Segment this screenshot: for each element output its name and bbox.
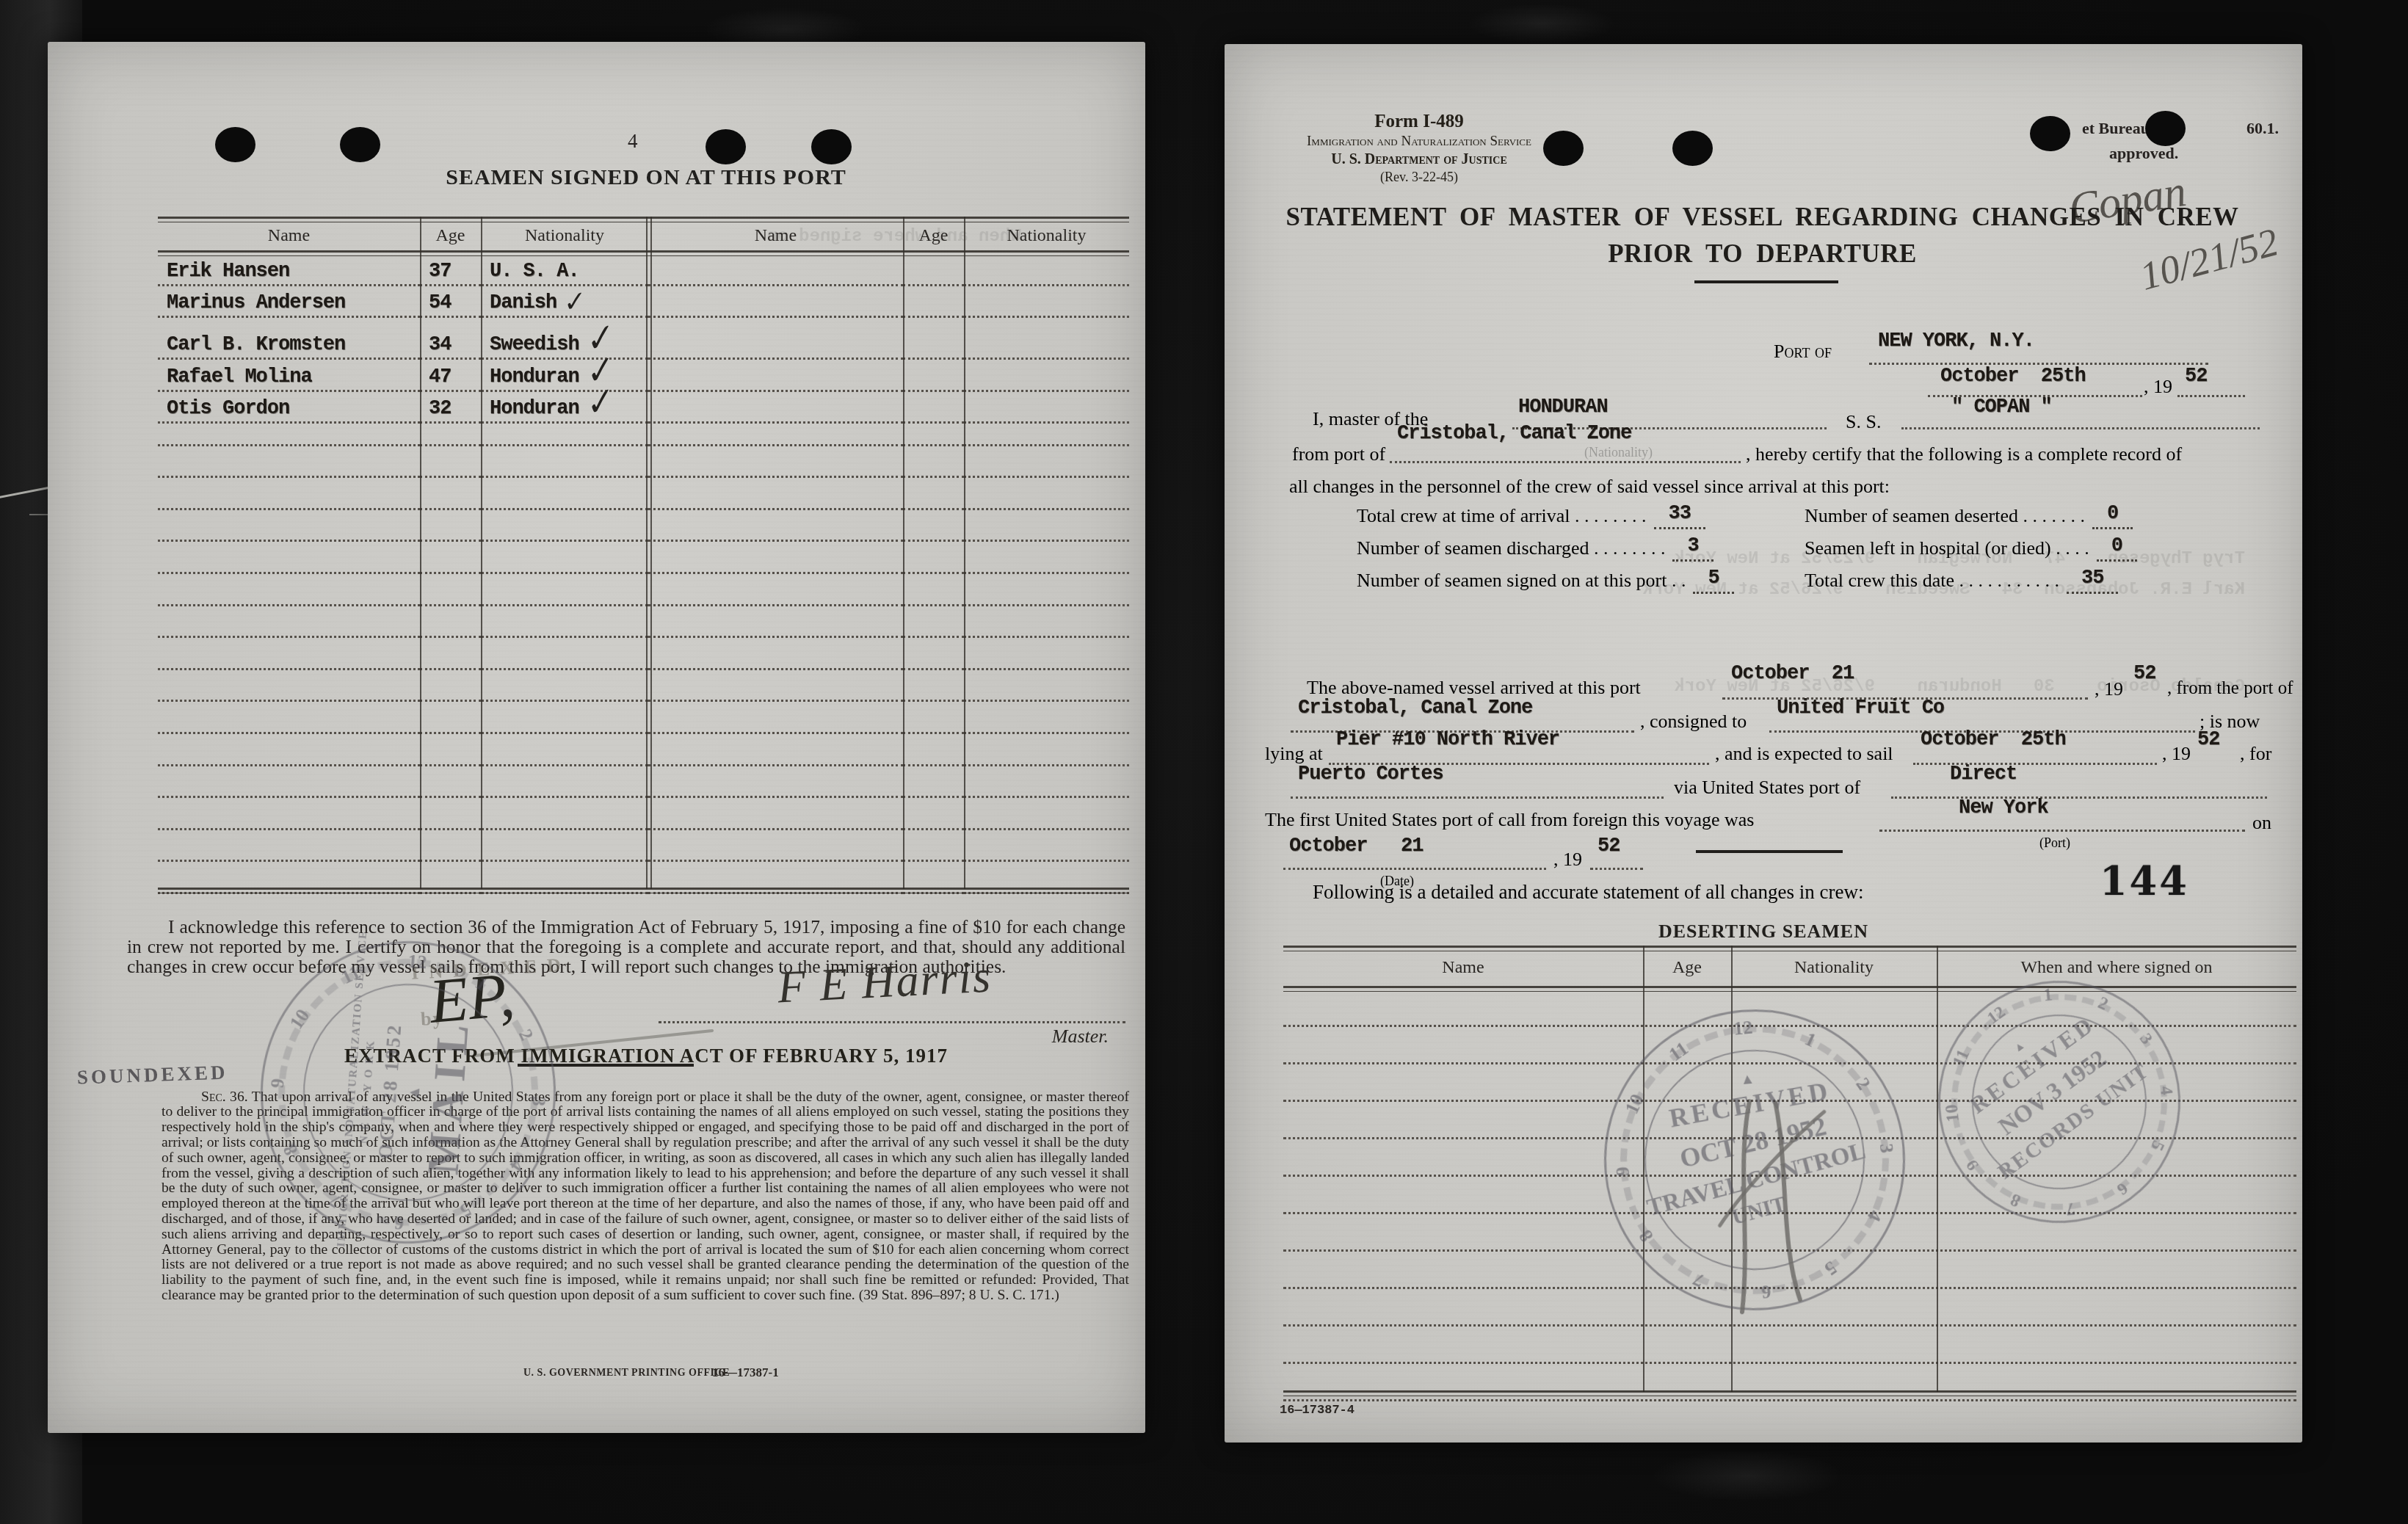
fill-line	[2177, 393, 2245, 397]
stamp-mail-word: MAIL	[421, 1015, 476, 1176]
form-agency: Immigration and Naturalization Service	[1280, 134, 1559, 150]
lying-at-label: lying at	[1265, 743, 1323, 765]
stamp-text: IMMIGRATION AND NATURALIZATION SERVICE N…	[247, 935, 569, 1250]
table-rule	[903, 217, 904, 889]
punch-hole	[215, 127, 255, 162]
stat-value: 5	[1693, 567, 1733, 594]
check-mark: ✓	[564, 285, 586, 319]
form-number: Form I-489	[1280, 112, 1559, 132]
seaman-nationality: Danish	[490, 292, 556, 314]
deserting-seamen-heading: DESERTING SEAMEN	[1225, 921, 2302, 943]
empty-table-row	[158, 638, 1129, 670]
empty-table-row	[1283, 1327, 2296, 1364]
empty-table-row	[158, 766, 1129, 799]
title-underline	[1694, 280, 1838, 283]
travel-control-received-stamp: 123456789101112 ▲ RECEIVED OCT 28 1952 T…	[1592, 997, 1918, 1323]
form-revision: (Rev. 3-22-45)	[1280, 170, 1559, 185]
consigned-to-label: , consigned to	[1640, 711, 1747, 733]
empty-table-row	[158, 478, 1129, 510]
page-number: 4	[628, 130, 638, 153]
fill-line	[1901, 426, 2260, 429]
expected-to-sail-label: , and is expected to sail	[1715, 743, 1893, 765]
form-title-line1: STATEMENT OF MASTER OF VESSEL REGARDING …	[1265, 203, 2260, 232]
table-rule	[481, 217, 482, 889]
stat-label: Seamen left in hospital (or died)	[1805, 537, 2051, 559]
empty-table-row	[158, 702, 1129, 734]
punch-hole	[811, 129, 852, 164]
empty-table-row	[158, 510, 1129, 543]
form-print-code: 16—17387-4	[1280, 1404, 1354, 1418]
scanned-document: 4 SEAMEN SIGNED ON AT THIS PORT Name Age…	[0, 0, 2408, 1524]
printing-office-footer: U. S. GOVERNMENT PRINTING OFFICE	[523, 1368, 730, 1379]
dot-leader: . . . . . . . . . . .	[1954, 570, 2059, 591]
nationality-ghost-label: (Nationality)	[1584, 445, 1653, 460]
column-header: Nationality	[1731, 958, 1937, 978]
stat-row: Total crew at time of arrival . . . . . …	[1357, 505, 2282, 533]
seamen-signed-on-table: Name Age Nationality Name Age Nationalit…	[158, 217, 1129, 890]
punch-hole	[1543, 131, 1584, 166]
form-department: U. S. Department of Justice	[1280, 151, 1559, 168]
stat-value: 0	[2097, 535, 2137, 562]
table-row: Marinus Andersen 54 Danish✓	[158, 286, 1129, 319]
stat-label: Number of seamen deserted	[1805, 505, 2018, 526]
arrival-from-port: Cristobal, Canal Zone	[1298, 697, 1532, 719]
via-value: Direct	[1950, 763, 2017, 785]
fill-line	[1869, 361, 2208, 365]
extract-section-lead: Sec. 36.	[201, 1089, 248, 1105]
table-rule	[650, 217, 652, 889]
column-header: Nationality	[481, 226, 648, 246]
table-row: Otis Gordon 32 Honduran✓	[158, 382, 1129, 414]
fill-line	[1590, 866, 1643, 870]
fill-line	[1891, 795, 2267, 799]
table-rule	[1283, 946, 2296, 951]
stat-row: Number of seamen discharged . . . . . . …	[1357, 537, 2282, 565]
table-rule	[420, 217, 421, 889]
right-page-master-statement: Form I-489 Immigration and Naturalizatio…	[1225, 44, 2302, 1443]
punch-hole	[2145, 111, 2186, 146]
scan-smudge	[1468, 4, 1615, 44]
empty-table-row	[158, 798, 1129, 830]
form-title-line2: PRIOR TO DEPARTURE	[1265, 239, 2260, 269]
seaman-age: 37	[429, 261, 451, 283]
table-row: Erik Hansen 37 U. S. A.	[158, 254, 1129, 286]
first-port-value: New York	[1959, 797, 2048, 819]
empty-table-row	[158, 606, 1129, 639]
form-identification-block: Form I-489 Immigration and Naturalizatio…	[1280, 112, 1559, 185]
table-rule	[964, 217, 965, 889]
first-port-year: 52	[1598, 835, 1620, 857]
arrived-label: The above-named vessel arrived at this p…	[1307, 677, 1641, 699]
arrival-date: October 21	[1731, 663, 1854, 685]
stat-label: Total crew at time of arrival	[1357, 505, 1570, 526]
stat-row: Number of seamen signed on at this port …	[1357, 570, 2282, 598]
soundexed-stamp: SOUNDEXED	[77, 1061, 228, 1089]
empty-table-row	[158, 830, 1129, 863]
ss-label: S. S.	[1846, 411, 1881, 433]
table-rule	[1283, 1390, 2296, 1396]
fill-line	[1283, 866, 1546, 870]
empty-table-row	[158, 542, 1129, 574]
mail-received-stamp: 123456789101112 IMMIGRATION AND NATURALI…	[250, 931, 566, 1253]
signature-line	[659, 1020, 1125, 1023]
stat-label: Number of seamen discharged	[1357, 537, 1589, 559]
stamp-date: OCT 28 1952	[374, 1023, 406, 1160]
sail-date: October 25th	[1921, 729, 2066, 751]
seaman-age: 54	[429, 292, 451, 314]
table-rule	[646, 217, 648, 889]
budget-approved-text: approved.	[2109, 144, 2178, 163]
all-changes-text: all changes in the personnel of the crew…	[1289, 476, 1890, 498]
statement-date-year: 52	[2185, 366, 2207, 388]
from-port-label: from port of	[1292, 443, 1385, 465]
pier-value: Pier #10 North River	[1336, 729, 1559, 751]
arrival-year: 52	[2133, 663, 2155, 685]
empty-table-row	[158, 670, 1129, 703]
stat-value: 35	[2067, 567, 2118, 594]
form-print-code: 16—17387-1	[712, 1365, 779, 1380]
dot-leader: . . . . . . . .	[1589, 537, 1665, 559]
vessel-name: " COPAN "	[1951, 396, 2052, 418]
empty-table-row	[158, 446, 1129, 479]
certify-text: , hereby certify that the following is a…	[1746, 443, 2182, 465]
bleedthrough-text: When and where signed on	[767, 227, 1021, 247]
arrow-icon: ▲	[404, 1084, 424, 1102]
port-of-label: Port of	[1774, 341, 1832, 363]
dot-leader: . . . .	[2051, 537, 2089, 559]
empty-table-row	[158, 734, 1129, 766]
port-of-value: NEW YORK, N.Y.	[1878, 330, 2034, 352]
stamped-number: 144	[2100, 857, 2189, 904]
on-label: on	[2252, 812, 2271, 834]
table-row: Rafael Molina 47 Honduran✓	[158, 350, 1129, 382]
seaman-nationality: U. S. A.	[490, 261, 579, 283]
scan-smudge	[1652, 1450, 1843, 1501]
column-header: Name	[1283, 958, 1643, 978]
statement-date-value: October 25th	[1940, 366, 2086, 388]
stat-label: Number of seamen signed on at this port	[1357, 570, 1667, 591]
fill-line	[1879, 828, 2245, 832]
pen-marks	[1680, 1089, 1860, 1323]
printed-19: , 19	[2144, 376, 2172, 398]
following-statement-text: Following is a detailed and accurate sta…	[1313, 881, 1863, 904]
budget-bureau-number: 60.1.	[2246, 119, 2279, 138]
from-port-value: Cristobal, Canal Zone	[1397, 423, 1631, 445]
printed-19: , 19	[2095, 678, 2123, 700]
printed-19: , 19	[2162, 743, 2191, 765]
punch-hole	[706, 129, 746, 164]
consignee-value: United Fruit Co	[1777, 697, 1944, 719]
first-port-label: The first United States port of call fro…	[1265, 809, 1754, 831]
fill-line	[1291, 795, 1664, 799]
for-label: , for	[2240, 743, 2271, 765]
table-header-row: Name Age Nationality When and where sign…	[1283, 951, 2296, 984]
column-header: Name	[158, 226, 420, 246]
printed-19: , 19	[1553, 849, 1582, 871]
seaman-name: Erik Hansen	[167, 261, 289, 283]
stat-label: Total crew this date	[1805, 570, 1954, 591]
stat-value: 33	[1654, 503, 1705, 529]
table-rows: Erik Hansen 37 U. S. A. Marinus Andersen…	[158, 254, 1129, 894]
page-title: SEAMEN SIGNED ON AT THIS PORT	[400, 165, 892, 190]
first-port-date: October 21	[1289, 835, 1423, 857]
empty-table-row	[158, 414, 1129, 446]
column-header: Age	[420, 226, 481, 246]
empty-table-row	[158, 574, 1129, 606]
vessel-nationality: HONDURAN	[1518, 396, 1608, 418]
stat-value: 3	[1672, 535, 1713, 562]
table-rule	[158, 888, 1129, 893]
punch-hole	[340, 127, 380, 162]
sail-year: 52	[2197, 729, 2219, 751]
fill-line	[1390, 460, 1741, 463]
port-caption: (Port)	[2039, 835, 2070, 851]
table-rule	[1937, 946, 1938, 1392]
left-page-seamen-signed-on: 4 SEAMEN SIGNED ON AT THIS PORT Name Age…	[48, 42, 1145, 1433]
dot-leader: . . . . . . . .	[1570, 505, 1647, 526]
column-header: Age	[1643, 958, 1731, 978]
dot-leader: . . . . . . .	[2018, 505, 2085, 526]
section-divider	[1696, 850, 1843, 853]
punch-hole	[1672, 131, 1713, 166]
punch-hole	[2030, 116, 2070, 151]
from-port-of-label: , from the port of	[2167, 678, 2293, 699]
table-row: Carl B. Kromsten 34 Sweedish✓	[158, 318, 1129, 350]
via-us-port-label: via United States port of	[1674, 777, 1860, 799]
stat-value: 0	[2092, 503, 2133, 529]
seaman-name: Marinus Andersen	[167, 292, 345, 314]
dot-leader: . .	[1667, 570, 1686, 591]
destination-value: Puerto Cortes	[1298, 763, 1443, 785]
